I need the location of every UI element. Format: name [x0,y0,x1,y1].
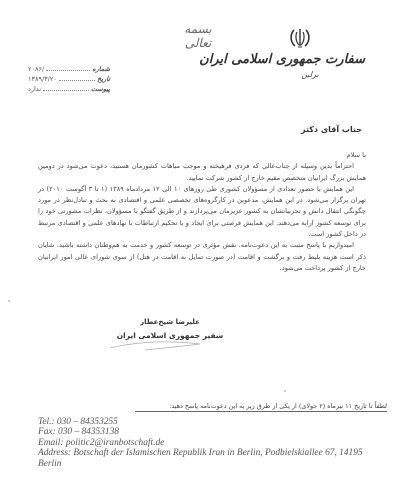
letter-body: با سلام احتراماً بدین وسیله از جناب‌عالی… [38,150,366,274]
iran-emblem-icon [287,26,313,50]
body-paragraph-3: امیدواریم با پاسخ مثبت به این دعوت‌نامه،… [38,240,366,274]
scan-speck [8,300,10,302]
addressee: جناب آقای دکتر [301,125,362,134]
reference-date-value: ۱۳۸۹/۳/۲۰ [28,75,57,83]
embassy-city: برلین [295,70,325,79]
contact-fax: Fax: 030 – 84353138 [38,427,378,437]
contact-block: Tel.: 030 – 84353255 Fax: 030 – 84353138… [38,417,378,469]
contact-tel: Tel.: 030 – 84353255 [38,417,378,427]
scan-speck [284,390,286,392]
reference-date-row: ۱۳۸۹/۳/۲۰ تاریخ [28,75,110,85]
embassy-name: سفارت جمهوری اسلامی ایران [255,52,365,67]
greeting: با سلام [38,150,366,161]
reply-deadline-note: لطفاً تا تاریخ ۱۱ تیرماه (۲ جولای) از یک… [135,402,387,412]
dotted-line [59,75,95,81]
body-paragraph-1: احتراماً بدین وسیله از جناب‌عالی که فردی… [38,161,366,184]
reference-number-row: ۲۰۸۶/ شماره [28,65,110,75]
signatory-name: علیرضا شیخ‌عطار [80,318,260,326]
handwritten-signature-icon [105,336,225,352]
contact-address: Address: Botschaft der Islamischen Repub… [38,448,378,469]
reference-attachment-row: ندارد پیوست [28,85,110,95]
reference-number-value: ۲۰۸۶/ [28,65,44,73]
dotted-line [43,85,89,91]
dotted-line [46,65,90,71]
body-paragraph-2: این همایش با حضور تعدادی از مسؤولان کشور… [38,184,366,240]
reference-block: ۲۰۸۶/ شماره ۱۳۸۹/۳/۲۰ تاریخ ندارد پیوست [28,65,110,95]
reference-date-label: تاریخ [97,75,110,83]
reference-attachment-value: ندارد [28,85,41,93]
reference-number-label: شماره [92,65,110,73]
basmala-calligraphy: بسمه تعالی [176,22,220,44]
contact-email[interactable]: Email: politic2@iranbotschaft.de [38,438,378,448]
reference-attachment-label: پیوست [91,85,110,93]
